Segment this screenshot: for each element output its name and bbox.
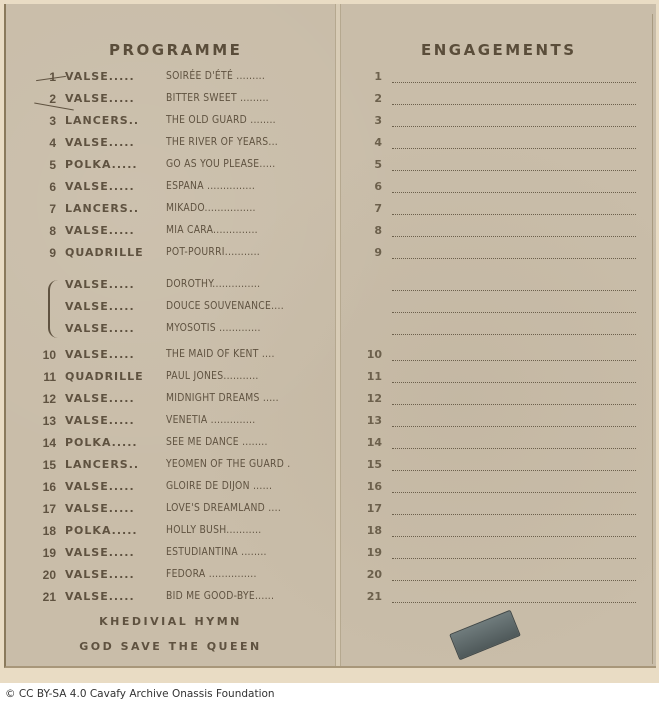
engagement-dotted-line xyxy=(392,360,636,361)
engagement-number: 18 xyxy=(354,524,382,537)
engagement-row xyxy=(340,278,656,298)
dance-title: VENETIA .............. xyxy=(166,414,255,426)
engagement-dotted-line xyxy=(392,126,636,127)
dance-title: DOUCE SOUVENANCE.... xyxy=(166,300,284,312)
engagement-row: 13 xyxy=(340,414,656,434)
dance-title: SOIRÉE D'ÉTÉ ......... xyxy=(166,70,265,82)
engagement-number: 16 xyxy=(354,480,382,493)
engagement-row: 3 xyxy=(340,114,656,134)
engagement-row: 5 xyxy=(340,158,656,178)
engagement-row xyxy=(340,322,656,342)
engagement-dotted-line xyxy=(392,148,636,149)
dance-number: 3 xyxy=(34,114,56,128)
dance-title: MIKADO................ xyxy=(166,202,256,214)
dance-card: PROGRAMME 1VALSE.....SOIRÉE D'ÉTÉ ......… xyxy=(4,4,656,668)
dance-number: 19 xyxy=(34,546,56,560)
dance-number: 20 xyxy=(34,568,56,582)
engagement-dotted-line xyxy=(392,404,636,405)
engagement-dotted-line xyxy=(392,448,636,449)
dance-type: VALSE..... xyxy=(65,278,135,291)
engagement-row: 16 xyxy=(340,480,656,500)
dance-type: VALSE..... xyxy=(65,546,135,559)
dance-number: 8 xyxy=(34,224,56,238)
dance-number: 15 xyxy=(34,458,56,472)
engagement-dotted-line xyxy=(392,334,636,335)
engagement-row: 7 xyxy=(340,202,656,222)
dance-type: VALSE..... xyxy=(65,70,135,83)
dance-title: PAUL JONES........... xyxy=(166,370,259,382)
engagement-number: 1 xyxy=(354,70,382,83)
dance-title: FEDORA ............... xyxy=(166,568,257,580)
dance-type: VALSE..... xyxy=(65,568,135,581)
engagement-number: 7 xyxy=(354,202,382,215)
engagement-dotted-line xyxy=(392,312,636,313)
engagement-row: 8 xyxy=(340,224,656,244)
dance-title: THE RIVER OF YEARS... xyxy=(166,136,278,148)
dance-type: VALSE..... xyxy=(65,92,135,105)
dance-title: YEOMEN OF THE GUARD . xyxy=(166,458,291,470)
engagement-row: 1 xyxy=(340,70,656,90)
dance-title: HOLLY BUSH........... xyxy=(166,524,261,536)
engagement-number: 2 xyxy=(354,92,382,105)
engagement-row: 6 xyxy=(340,180,656,200)
engagement-dotted-line xyxy=(392,192,636,193)
engagement-number: 5 xyxy=(354,158,382,171)
engagement-row xyxy=(340,300,656,320)
engagement-row: 10 xyxy=(340,348,656,368)
engagement-row: 21 xyxy=(340,590,656,610)
scanned-document: PROGRAMME 1VALSE.....SOIRÉE D'ÉTÉ ......… xyxy=(0,0,659,683)
engagement-dotted-line xyxy=(392,492,636,493)
anthem-khedivial-hymn: KHEDIVIAL HYMN xyxy=(6,615,335,628)
dance-title: DOROTHY............... xyxy=(166,278,260,290)
engagement-number: 8 xyxy=(354,224,382,237)
engagement-number: 13 xyxy=(354,414,382,427)
dance-type: VALSE..... xyxy=(65,502,135,515)
dance-number: 17 xyxy=(34,502,56,516)
engagement-row: 15 xyxy=(340,458,656,478)
engagement-dotted-line xyxy=(392,236,636,237)
engagement-number: 19 xyxy=(354,546,382,559)
card-edge xyxy=(652,14,653,664)
engagement-number: 4 xyxy=(354,136,382,149)
engagement-dotted-line xyxy=(392,104,636,105)
engagement-row: 9 xyxy=(340,246,656,266)
engagement-row: 18 xyxy=(340,524,656,544)
engagement-number: 12 xyxy=(354,392,382,405)
dance-number: 7 xyxy=(34,202,56,216)
dance-type: VALSE..... xyxy=(65,300,135,313)
dance-type: VALSE..... xyxy=(65,348,135,361)
dance-number: 11 xyxy=(34,370,56,384)
dance-title: BITTER SWEET ......... xyxy=(166,92,269,104)
dance-number: 4 xyxy=(34,136,56,150)
engagement-number: 6 xyxy=(354,180,382,193)
engagement-row: 11 xyxy=(340,370,656,390)
copyright-notice: © CC BY-SA 4.0 Cavafy Archive Onassis Fo… xyxy=(5,688,275,700)
engagement-dotted-line xyxy=(392,514,636,515)
dance-type: VALSE..... xyxy=(65,136,135,149)
dance-title: ESTUDIANTINA ........ xyxy=(166,546,267,558)
dance-type: LANCERS.. xyxy=(65,114,139,127)
engagement-number: 11 xyxy=(354,370,382,383)
dance-number: 21 xyxy=(34,590,56,604)
dance-title: THE OLD GUARD ........ xyxy=(166,114,276,126)
dance-title: MIA CARA.............. xyxy=(166,224,258,236)
dance-number: 18 xyxy=(34,524,56,538)
dance-number: 10 xyxy=(34,348,56,362)
dance-type: VALSE..... xyxy=(65,590,135,603)
dance-title: GLOIRE DE DIJON ...... xyxy=(166,480,272,492)
engagement-dotted-line xyxy=(392,214,636,215)
dance-type: VALSE..... xyxy=(65,224,135,237)
dance-type: VALSE..... xyxy=(65,414,135,427)
engagement-dotted-line xyxy=(392,382,636,383)
dance-title: SEE ME DANCE ........ xyxy=(166,436,268,448)
dance-number: 9 xyxy=(34,246,56,260)
dance-title: BID ME GOOD-BYE...... xyxy=(166,590,274,602)
engagement-number: 9 xyxy=(354,246,382,259)
engagement-row: 4 xyxy=(340,136,656,156)
engagement-dotted-line xyxy=(392,426,636,427)
engagement-number: 14 xyxy=(354,436,382,449)
engagement-dotted-line xyxy=(392,602,636,603)
engagement-row: 17 xyxy=(340,502,656,522)
dance-number: 13 xyxy=(34,414,56,428)
engagement-dotted-line xyxy=(392,536,636,537)
engagement-number: 10 xyxy=(354,348,382,361)
engagement-dotted-line xyxy=(392,82,636,83)
engagement-row: 14 xyxy=(340,436,656,456)
engagement-number: 21 xyxy=(354,590,382,603)
engagement-number: 17 xyxy=(354,502,382,515)
engagement-dotted-line xyxy=(392,290,636,291)
dance-type: VALSE..... xyxy=(65,392,135,405)
dance-type: QUADRILLE xyxy=(65,370,144,383)
dance-number: 12 xyxy=(34,392,56,406)
programme-panel: PROGRAMME 1VALSE.....SOIRÉE D'ÉTÉ ......… xyxy=(6,4,335,666)
dance-number: 5 xyxy=(34,158,56,172)
engagement-dotted-line xyxy=(392,470,636,471)
engagements-heading: ENGAGEMENTS xyxy=(421,41,577,59)
engagement-dotted-line xyxy=(392,170,636,171)
dance-title: POT-POURRI........... xyxy=(166,246,260,258)
engagement-row: 20 xyxy=(340,568,656,588)
anthem-god-save-the-queen: GOD SAVE THE QUEEN xyxy=(6,640,335,653)
engagement-dotted-line xyxy=(392,580,636,581)
dance-title: MIDNIGHT DREAMS ..... xyxy=(166,392,279,404)
engagement-number: 3 xyxy=(354,114,382,127)
brace-mark xyxy=(48,280,62,338)
engagement-number: 15 xyxy=(354,458,382,471)
dance-title: ESPANA ............... xyxy=(166,180,255,192)
engagement-dotted-line xyxy=(392,558,636,559)
dance-number: 16 xyxy=(34,480,56,494)
dance-type: POLKA..... xyxy=(65,524,138,537)
dance-type: VALSE..... xyxy=(65,322,135,335)
dance-type: VALSE..... xyxy=(65,180,135,193)
dance-type: POLKA..... xyxy=(65,158,138,171)
dance-number: 14 xyxy=(34,436,56,450)
dance-title: MYOSOTIS ............. xyxy=(166,322,261,334)
dance-type: VALSE..... xyxy=(65,480,135,493)
dance-title: THE MAID OF KENT .... xyxy=(166,348,275,360)
dance-type: POLKA..... xyxy=(65,436,138,449)
dance-type: LANCERS.. xyxy=(65,202,139,215)
dance-title: LOVE'S DREAMLAND .... xyxy=(166,502,281,514)
dance-type: LANCERS.. xyxy=(65,458,139,471)
dance-type: QUADRILLE xyxy=(65,246,144,259)
dance-number: 6 xyxy=(34,180,56,194)
engagement-row: 19 xyxy=(340,546,656,566)
engagement-row: 12 xyxy=(340,392,656,412)
engagement-row: 2 xyxy=(340,92,656,112)
dance-title: GO AS YOU PLEASE..... xyxy=(166,158,275,170)
programme-heading: PROGRAMME xyxy=(109,41,242,59)
engagement-dotted-line xyxy=(392,258,636,259)
engagement-number: 20 xyxy=(354,568,382,581)
engagements-panel: ENGAGEMENTS 1234567891011121314151617181… xyxy=(340,4,656,666)
